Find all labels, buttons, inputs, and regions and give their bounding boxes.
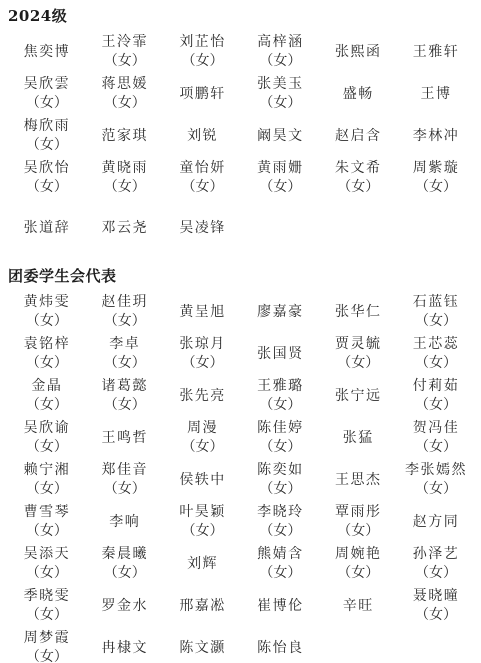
student-cell: 吴欣怡 （女） bbox=[8, 157, 86, 199]
student-name: 王芯蕊 bbox=[413, 335, 460, 354]
female-label: （女） bbox=[26, 606, 68, 625]
section-grid: 黄炜雯 （女） 赵佳玥 （女） 黄呈旭 廖嘉豪 张华仁 石蓝钰 （女） 袁铭梓 … bbox=[8, 291, 475, 663]
student-cell: 陈佳婷 （女） bbox=[241, 417, 319, 459]
student-name: 邢嘉凇 bbox=[179, 597, 226, 616]
female-label: （女） bbox=[26, 438, 68, 457]
student-name: 贺冯佳 bbox=[413, 419, 460, 438]
female-label: （女） bbox=[104, 52, 146, 71]
student-cell: 周梦霞 （女） bbox=[8, 627, 86, 663]
student-name: 张美玉 bbox=[257, 75, 304, 94]
student-cell: 陈怡良 bbox=[241, 627, 319, 663]
student-cell: 高梓涵 （女） bbox=[241, 31, 319, 73]
student-cell: 刘芷怡 （女） bbox=[164, 31, 242, 73]
student-cell: 贺冯佳 （女） bbox=[397, 417, 475, 459]
female-label: （女） bbox=[337, 354, 379, 373]
student-name: 石蓝钰 bbox=[413, 293, 460, 312]
student-name: 周紫璇 bbox=[413, 159, 460, 178]
student-cell: 李响 bbox=[86, 501, 164, 543]
document-page: 2024级 焦奕博 王泠霏 （女） 刘芷怡 （女） 高梓涵 （女） 张熙函 王雅… bbox=[0, 0, 481, 663]
student-name: 张宁远 bbox=[335, 387, 382, 406]
student-cell: 周婉艳 （女） bbox=[319, 543, 397, 585]
student-cell: 熊婧含 （女） bbox=[241, 543, 319, 585]
student-name: 焦奕博 bbox=[24, 43, 71, 62]
student-cell: 邓云尧 bbox=[86, 207, 164, 249]
student-cell: 吴凌锋 bbox=[164, 207, 242, 249]
female-label: （女） bbox=[104, 312, 146, 331]
student-name: 张琼月 bbox=[179, 335, 226, 354]
student-cell: 黄炜雯 （女） bbox=[8, 291, 86, 333]
student-row: 吴欣谕 （女） 王鸣哲 周漫 （女） 陈佳婷 （女） 张猛 贺冯佳 （女） bbox=[8, 417, 475, 459]
female-label: （女） bbox=[415, 606, 457, 625]
student-row: 黄炜雯 （女） 赵佳玥 （女） 黄呈旭 廖嘉豪 张华仁 石蓝钰 （女） bbox=[8, 291, 475, 333]
student-cell: 吴添天 （女） bbox=[8, 543, 86, 585]
student-row: 季晓雯 （女） 罗金水 邢嘉凇 崔博伦 辛旺 聂晓曈 （女） bbox=[8, 585, 475, 627]
female-label: （女） bbox=[104, 480, 146, 499]
student-name: 熊婧含 bbox=[257, 545, 304, 564]
student-row: 曹雪琴 （女） 李响 叶昊颖 （女） 李晓玲 （女） 覃雨彤 （女） 赵方同 bbox=[8, 501, 475, 543]
student-cell: 陈奕如 （女） bbox=[241, 459, 319, 501]
student-cell: 侯轶中 bbox=[164, 459, 242, 501]
student-name: 赖宁湘 bbox=[24, 461, 71, 480]
student-name: 曹雪琴 bbox=[24, 503, 71, 522]
student-cell: 蒋思媛 （女） bbox=[86, 73, 164, 115]
student-name: 聂晓曈 bbox=[413, 587, 460, 606]
student-row: 梅欣雨 （女） 范家琪 刘锐 阚昊文 赵启含 李林冲 bbox=[8, 115, 475, 157]
student-cell: 邢嘉凇 bbox=[164, 585, 242, 627]
student-name: 朱文希 bbox=[335, 159, 382, 178]
student-cell: 刘锐 bbox=[164, 115, 242, 157]
student-cell: 张琼月 （女） bbox=[164, 333, 242, 375]
student-name: 叶昊颖 bbox=[179, 503, 226, 522]
student-name: 黄雨姗 bbox=[257, 159, 304, 178]
female-label: （女） bbox=[259, 178, 301, 197]
female-label: （女） bbox=[415, 480, 457, 499]
student-name: 黄晓雨 bbox=[101, 159, 148, 178]
female-label: （女） bbox=[26, 354, 68, 373]
female-label: （女） bbox=[26, 564, 68, 583]
student-cell: 廖嘉豪 bbox=[241, 291, 319, 333]
student-name: 李林冲 bbox=[413, 127, 460, 146]
student-name: 吴欣谕 bbox=[24, 419, 71, 438]
student-name: 赵佳玥 bbox=[101, 293, 148, 312]
student-name: 周婉艳 bbox=[335, 545, 382, 564]
female-label: （女） bbox=[26, 178, 68, 197]
student-cell: 刘辉 bbox=[164, 543, 242, 585]
student-name: 吴添天 bbox=[24, 545, 71, 564]
student-name: 刘锐 bbox=[187, 127, 218, 146]
student-cell: 张先亮 bbox=[164, 375, 242, 417]
student-cell: 盛畅 bbox=[319, 73, 397, 115]
student-row: 焦奕博 王泠霏 （女） 刘芷怡 （女） 高梓涵 （女） 张熙函 王雅轩 bbox=[8, 31, 475, 73]
student-name: 诸葛懿 bbox=[101, 377, 148, 396]
student-cell: 辛旺 bbox=[319, 585, 397, 627]
female-label: （女） bbox=[26, 94, 68, 113]
female-label: （女） bbox=[259, 396, 301, 415]
student-cell: 王博 bbox=[397, 73, 475, 115]
student-name: 梅欣雨 bbox=[24, 117, 71, 136]
student-cell: 孙泽艺 （女） bbox=[397, 543, 475, 585]
female-label: （女） bbox=[259, 52, 301, 71]
student-cell: 李晓玲 （女） bbox=[241, 501, 319, 543]
student-name: 罗金水 bbox=[101, 597, 148, 616]
student-name: 秦晨曦 bbox=[101, 545, 148, 564]
student-cell: 赵启含 bbox=[319, 115, 397, 157]
student-cell: 焦奕博 bbox=[8, 31, 86, 73]
student-cell: 黄雨姗 （女） bbox=[241, 157, 319, 199]
student-name: 袁铭梓 bbox=[24, 335, 71, 354]
student-cell: 周漫 （女） bbox=[164, 417, 242, 459]
student-name: 项鹏轩 bbox=[179, 85, 226, 104]
student-name: 冉棣文 bbox=[101, 639, 148, 658]
section-title: 2024级 bbox=[8, 5, 475, 26]
student-cell: 张猛 bbox=[319, 417, 397, 459]
student-name: 陈文灏 bbox=[179, 639, 226, 658]
student-cell: 郑佳音 （女） bbox=[86, 459, 164, 501]
student-name: 崔博伦 bbox=[257, 597, 304, 616]
student-cell: 吴欣雲 （女） bbox=[8, 73, 86, 115]
student-cell: 阚昊文 bbox=[241, 115, 319, 157]
female-label: （女） bbox=[182, 438, 224, 457]
female-label: （女） bbox=[259, 480, 301, 499]
female-label: （女） bbox=[415, 564, 457, 583]
female-label: （女） bbox=[26, 396, 68, 415]
female-label: （女） bbox=[259, 438, 301, 457]
student-cell: 梅欣雨 （女） bbox=[8, 115, 86, 157]
student-cell: 秦晨曦 （女） bbox=[86, 543, 164, 585]
student-name: 王雅璐 bbox=[257, 377, 304, 396]
student-cell: 赵佳玥 （女） bbox=[86, 291, 164, 333]
female-label: （女） bbox=[415, 178, 457, 197]
student-name: 张国贤 bbox=[257, 345, 304, 364]
student-name: 张猛 bbox=[343, 429, 374, 448]
student-name: 郑佳音 bbox=[101, 461, 148, 480]
student-name: 高梓涵 bbox=[257, 33, 304, 52]
student-cell: 张美玉 （女） bbox=[241, 73, 319, 115]
student-cell: 赖宁湘 （女） bbox=[8, 459, 86, 501]
student-cell: 范家琪 bbox=[86, 115, 164, 157]
female-label: （女） bbox=[26, 522, 68, 541]
student-row: 袁铭梓 （女） 李卓 （女） 张琼月 （女） 张国贤 贾灵毓 （女） 王芯蕊 （… bbox=[8, 333, 475, 375]
student-cell: 张宁远 bbox=[319, 375, 397, 417]
student-cell: 赵方同 bbox=[397, 501, 475, 543]
female-label: （女） bbox=[26, 136, 68, 155]
student-cell: 覃雨彤 （女） bbox=[319, 501, 397, 543]
student-name: 王思杰 bbox=[335, 471, 382, 490]
female-label: （女） bbox=[182, 52, 224, 71]
student-name: 李晓玲 bbox=[257, 503, 304, 522]
student-name: 张熙函 bbox=[335, 43, 382, 62]
student-cell: 张熙函 bbox=[319, 31, 397, 73]
student-name: 孙泽艺 bbox=[413, 545, 460, 564]
student-cell: 罗金水 bbox=[86, 585, 164, 627]
student-cell: 吴欣谕 （女） bbox=[8, 417, 86, 459]
student-name: 赵方同 bbox=[413, 513, 460, 532]
female-label: （女） bbox=[415, 354, 457, 373]
student-name: 王鸣哲 bbox=[101, 429, 148, 448]
student-name: 吴欣怡 bbox=[24, 159, 71, 178]
female-label: （女） bbox=[26, 648, 68, 663]
student-row: 吴添天 （女） 秦晨曦 （女） 刘辉 熊婧含 （女） 周婉艳 （女） 孙泽艺 （… bbox=[8, 543, 475, 585]
student-cell: 季晓雯 （女） bbox=[8, 585, 86, 627]
female-label: （女） bbox=[182, 354, 224, 373]
student-cell: 王泠霏 （女） bbox=[86, 31, 164, 73]
student-row: 吴欣怡 （女） 黄晓雨 （女） 童怡妍 （女） 黄雨姗 （女） 朱文希 （女） … bbox=[8, 157, 475, 199]
student-name: 张先亮 bbox=[179, 387, 226, 406]
student-cell: 项鹏轩 bbox=[164, 73, 242, 115]
student-name: 李卓 bbox=[109, 335, 140, 354]
student-cell: 曹雪琴 （女） bbox=[8, 501, 86, 543]
student-name: 覃雨彤 bbox=[335, 503, 382, 522]
student-row: 赖宁湘 （女） 郑佳音 （女） 侯轶中 陈奕如 （女） 王思杰 李张嫣然 （女） bbox=[8, 459, 475, 501]
student-name: 黄呈旭 bbox=[179, 303, 226, 322]
roster-section: 2024级 焦奕博 王泠霏 （女） 刘芷怡 （女） 高梓涵 （女） 张熙函 王雅… bbox=[8, 5, 475, 249]
student-cell: 金晶 （女） bbox=[8, 375, 86, 417]
student-name: 吴凌锋 bbox=[179, 219, 226, 238]
student-name: 赵启含 bbox=[335, 127, 382, 146]
student-name: 张华仁 bbox=[335, 303, 382, 322]
female-label: （女） bbox=[182, 522, 224, 541]
student-name: 廖嘉豪 bbox=[257, 303, 304, 322]
student-cell: 付莉茹 （女） bbox=[397, 375, 475, 417]
female-label: （女） bbox=[104, 564, 146, 583]
female-label: （女） bbox=[337, 178, 379, 197]
student-row: 周梦霞 （女） 冉棣文 陈文灏 陈怡良 bbox=[8, 627, 475, 663]
student-cell: 陈文灏 bbox=[164, 627, 242, 663]
female-label: （女） bbox=[182, 178, 224, 197]
female-label: （女） bbox=[415, 396, 457, 415]
student-name: 张道辞 bbox=[24, 219, 71, 238]
student-name: 季晓雯 bbox=[24, 587, 71, 606]
student-name: 蒋思媛 bbox=[101, 75, 148, 94]
student-cell: 叶昊颖 （女） bbox=[164, 501, 242, 543]
student-cell: 王雅轩 bbox=[397, 31, 475, 73]
female-label: （女） bbox=[259, 522, 301, 541]
student-cell: 黄呈旭 bbox=[164, 291, 242, 333]
student-name: 陈佳婷 bbox=[257, 419, 304, 438]
student-cell: 袁铭梓 （女） bbox=[8, 333, 86, 375]
student-name: 陈怡良 bbox=[257, 639, 304, 658]
student-cell: 王鸣哲 bbox=[86, 417, 164, 459]
female-label: （女） bbox=[337, 522, 379, 541]
student-name: 刘辉 bbox=[187, 555, 218, 574]
sections: 2024级 焦奕博 王泠霏 （女） 刘芷怡 （女） 高梓涵 （女） 张熙函 王雅… bbox=[8, 5, 475, 663]
student-cell: 童怡妍 （女） bbox=[164, 157, 242, 199]
female-label: （女） bbox=[104, 178, 146, 197]
female-label: （女） bbox=[26, 480, 68, 499]
student-cell: 张道辞 bbox=[8, 207, 86, 249]
section-title: 团委学生会代表 bbox=[8, 265, 475, 286]
female-label: （女） bbox=[259, 94, 301, 113]
student-name: 李张嫣然 bbox=[405, 461, 467, 480]
student-cell: 王芯蕊 （女） bbox=[397, 333, 475, 375]
student-name: 盛畅 bbox=[343, 85, 374, 104]
student-cell: 冉棣文 bbox=[86, 627, 164, 663]
student-cell: 诸葛懿 （女） bbox=[86, 375, 164, 417]
student-cell: 贾灵毓 （女） bbox=[319, 333, 397, 375]
female-label: （女） bbox=[415, 312, 457, 331]
student-row: 金晶 （女） 诸葛懿 （女） 张先亮 王雅璐 （女） 张宁远 付莉茹 （女） bbox=[8, 375, 475, 417]
student-name: 付莉茹 bbox=[413, 377, 460, 396]
female-label: （女） bbox=[415, 438, 457, 457]
female-label: （女） bbox=[104, 354, 146, 373]
female-label: （女） bbox=[104, 94, 146, 113]
student-name: 贾灵毓 bbox=[335, 335, 382, 354]
student-cell: 李林冲 bbox=[397, 115, 475, 157]
student-name: 王雅轩 bbox=[413, 43, 460, 62]
student-cell: 王思杰 bbox=[319, 459, 397, 501]
student-cell: 崔博伦 bbox=[241, 585, 319, 627]
student-cell: 石蓝钰 （女） bbox=[397, 291, 475, 333]
student-name: 阚昊文 bbox=[257, 127, 304, 146]
student-name: 邓云尧 bbox=[101, 219, 148, 238]
female-label: （女） bbox=[337, 564, 379, 583]
roster-section: 团委学生会代表 黄炜雯 （女） 赵佳玥 （女） 黄呈旭 廖嘉豪 张华仁 石蓝钰 … bbox=[8, 265, 475, 663]
female-label: （女） bbox=[104, 396, 146, 415]
student-name: 周漫 bbox=[187, 419, 218, 438]
student-cell: 张国贤 bbox=[241, 333, 319, 375]
student-name: 周梦霞 bbox=[24, 629, 71, 648]
student-cell: 李卓 （女） bbox=[86, 333, 164, 375]
student-name: 童怡妍 bbox=[179, 159, 226, 178]
student-cell: 朱文希 （女） bbox=[319, 157, 397, 199]
female-label: （女） bbox=[259, 564, 301, 583]
student-row: 张道辞 邓云尧 吴凌锋 bbox=[8, 207, 475, 249]
student-name: 王博 bbox=[421, 85, 452, 104]
student-name: 王泠霏 bbox=[101, 33, 148, 52]
student-cell: 黄晓雨 （女） bbox=[86, 157, 164, 199]
student-name: 侯轶中 bbox=[179, 471, 226, 490]
student-name: 陈奕如 bbox=[257, 461, 304, 480]
student-cell: 张华仁 bbox=[319, 291, 397, 333]
student-name: 辛旺 bbox=[343, 597, 374, 616]
student-cell: 李张嫣然 （女） bbox=[397, 459, 475, 501]
student-cell: 周紫璇 （女） bbox=[397, 157, 475, 199]
student-cell: 聂晓曈 （女） bbox=[397, 585, 475, 627]
student-name: 黄炜雯 bbox=[24, 293, 71, 312]
student-name: 范家琪 bbox=[101, 127, 148, 146]
student-name: 吴欣雲 bbox=[24, 75, 71, 94]
student-name: 金晶 bbox=[31, 377, 62, 396]
section-grid: 焦奕博 王泠霏 （女） 刘芷怡 （女） 高梓涵 （女） 张熙函 王雅轩 吴欣雲 … bbox=[8, 31, 475, 249]
student-cell: 王雅璐 （女） bbox=[241, 375, 319, 417]
student-row: 吴欣雲 （女） 蒋思媛 （女） 项鹏轩 张美玉 （女） 盛畅 王博 bbox=[8, 73, 475, 115]
student-name: 李响 bbox=[109, 513, 140, 532]
student-name: 刘芷怡 bbox=[179, 33, 226, 52]
female-label: （女） bbox=[26, 312, 68, 331]
